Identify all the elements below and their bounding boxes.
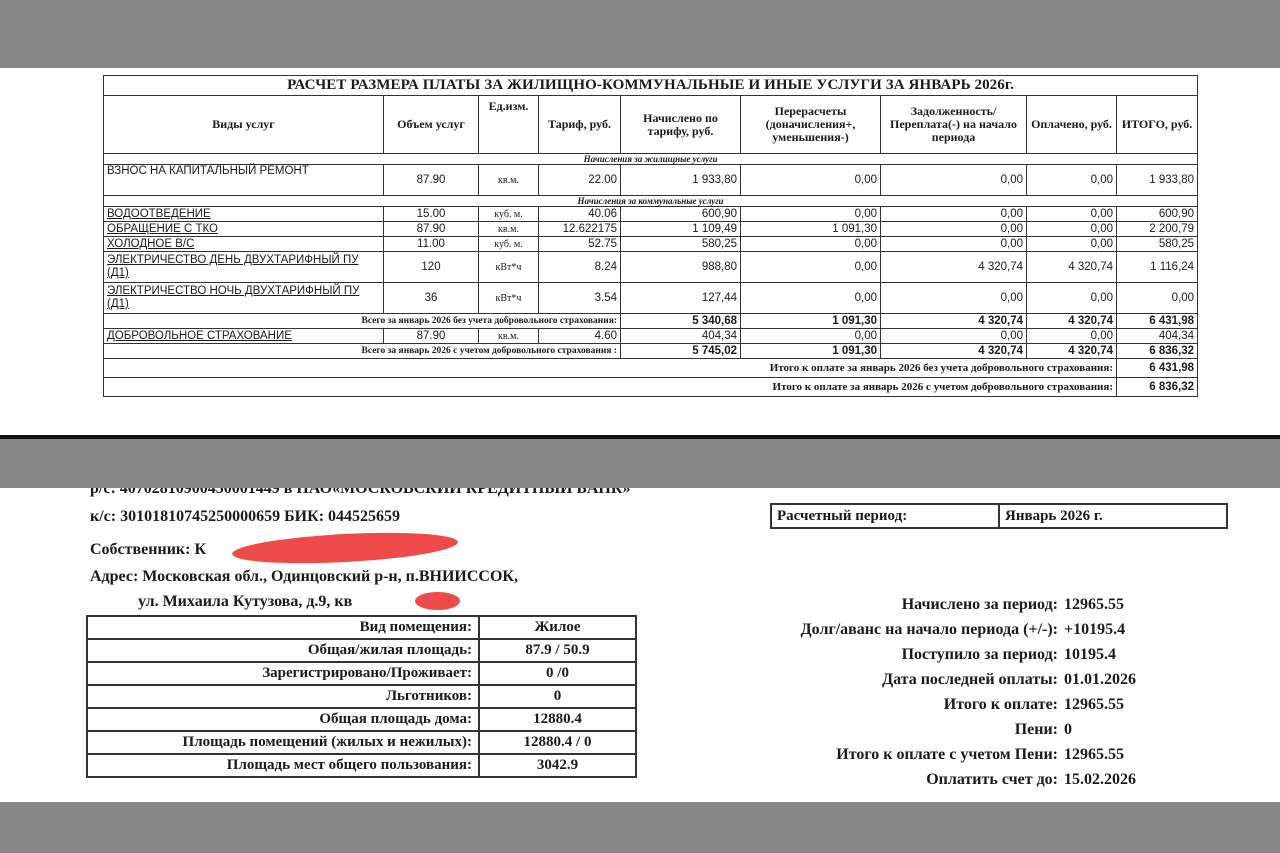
property-label: Площадь мест общего пользования:: [87, 754, 479, 777]
charged: 1 109,49: [621, 222, 741, 237]
total: 0,00: [1117, 283, 1198, 314]
total: 2 200,79: [1117, 222, 1198, 237]
header-row: Виды услуг Объем услуг Ед.изм. Тариф, ру…: [104, 96, 1198, 154]
property-label: Общая площадь дома:: [87, 708, 479, 731]
debt: 0,00: [881, 283, 1027, 314]
col-debt: Задолженность/ Переплата(-) на начало пе…: [881, 96, 1027, 154]
owner-line: Собственник: К: [90, 541, 206, 559]
summary-row: Итого к оплате с учетом Пени:12965.55: [740, 742, 1180, 767]
property-info-table: Вид помещения:Жилое Общая/жилая площадь:…: [86, 615, 637, 778]
total: 1 116,24: [1117, 252, 1198, 283]
summary-value: 12965.55: [1064, 746, 1124, 764]
table-row: ОБРАЩЕНИЕ С ТКО 87.90 кв.м. 12.622175 1 …: [104, 222, 1198, 237]
total: 6 836,32: [1117, 344, 1198, 359]
grand-total-value: 6 431,98: [1117, 359, 1198, 378]
col-unit: Ед.изм.: [479, 96, 539, 154]
summary-row: Долг/аванс на начало периода (+/-):+1019…: [740, 617, 1180, 642]
top-gray-band: [0, 0, 1280, 68]
unit: кВт*ч: [479, 283, 539, 314]
unit: куб. м.: [479, 207, 539, 222]
volume: 36: [384, 283, 479, 314]
property-label: Площадь помещений (жилых и нежилых):: [87, 731, 479, 754]
table-row: ХОЛОДНОЕ В/С 11.00 куб. м. 52.75 580,25 …: [104, 237, 1198, 252]
debt: 0,00: [881, 329, 1027, 344]
summary-row: Начислено за период:12965.55: [740, 592, 1180, 617]
col-recalc: Перерасчеты (доначисления+, уменьшения-): [741, 96, 881, 154]
grand-total-value: 6 836,32: [1117, 378, 1198, 397]
summary-label: Дата последней оплаты:: [740, 671, 1064, 689]
service-name: ЭЛЕКТРИЧЕСТВО ДЕНЬ ДВУХТАРИФНЫЙ ПУ (Д1): [104, 252, 384, 283]
paid: 0,00: [1027, 237, 1117, 252]
summary-value: 12965.55: [1064, 696, 1124, 714]
unit: кв.м.: [479, 165, 539, 196]
bank-corr-line: к/с: 30101810745250000659 БИК: 044525659: [90, 508, 400, 526]
summary-value: 10195.4: [1064, 646, 1116, 664]
charged: 600,90: [621, 207, 741, 222]
total: 1 933,80: [1117, 165, 1198, 196]
section-utilities: Начисления за коммунальные услуги: [104, 196, 1198, 207]
grand-total-without-row: Итого к оплате за январь 2026 без учета …: [104, 359, 1198, 378]
service-name: ЭЛЕКТРИЧЕСТВО НОЧЬ ДВУХТАРИФНЫЙ ПУ (Д1): [104, 283, 384, 314]
debt: 0,00: [881, 222, 1027, 237]
paid: 0,00: [1027, 283, 1117, 314]
debt: 4 320,74: [881, 252, 1027, 283]
service-name: ДОБРОВОЛЬНОЕ СТРАХОВАНИЕ: [104, 329, 384, 344]
property-value: Жилое: [479, 616, 636, 639]
tariff: 52.75: [539, 237, 621, 252]
tariff: 12.622175: [539, 222, 621, 237]
volume: 15.00: [384, 207, 479, 222]
property-label: Общая/жилая площадь:: [87, 639, 479, 662]
summary-label: Долг/аванс на начало периода (+/-):: [740, 621, 1064, 639]
col-paid: Оплачено, руб.: [1027, 96, 1117, 154]
summary-row: Итого к оплате:12965.55: [740, 692, 1180, 717]
recalc: 0,00: [741, 283, 881, 314]
col-charged: Начислено по тарифу, руб.: [621, 96, 741, 154]
col-total: ИТОГО, руб.: [1117, 96, 1198, 154]
property-value: 12880.4: [479, 708, 636, 731]
property-value: 12880.4 / 0: [479, 731, 636, 754]
payment-summary: Начислено за период:12965.55 Долг/аванс …: [740, 592, 1180, 792]
charged: 5 340,68: [621, 314, 741, 329]
total: 6 431,98: [1117, 314, 1198, 329]
table-row: ВОДООТВЕДЕНИЕ 15.00 куб. м. 40.06 600,90…: [104, 207, 1198, 222]
summary-row: Дата последней оплаты:01.01.2026: [740, 667, 1180, 692]
tariff: 22.00: [539, 165, 621, 196]
debt: 0,00: [881, 237, 1027, 252]
total: 580,25: [1117, 237, 1198, 252]
col-volume: Объем услуг: [384, 96, 479, 154]
paid: 0,00: [1027, 207, 1117, 222]
summary-row: Пени:0: [740, 717, 1180, 742]
recalc: 0,00: [741, 207, 881, 222]
summary-value: 01.01.2026: [1064, 671, 1136, 689]
section-housing: Начисления за жилищные услуги: [104, 154, 1198, 165]
unit: кв.м.: [479, 329, 539, 344]
recalc: 0,00: [741, 165, 881, 196]
table-row: ВЗНОС НА КАПИТАЛЬНЫЙ РЕМОНТ 87.90 кв.м. …: [104, 165, 1198, 196]
recalc: 1 091,30: [741, 222, 881, 237]
address-line-2: ул. Михаила Кутузова, д.9, кв: [138, 593, 352, 611]
subtotal-with-insurance-row: Всего за январь 2026 с учетом добровольн…: [104, 344, 1198, 359]
paid: 4 320,74: [1027, 314, 1117, 329]
service-name: ХОЛОДНОЕ В/С: [104, 237, 384, 252]
recalc: 0,00: [741, 237, 881, 252]
summary-value: 0: [1064, 721, 1072, 739]
property-label: Вид помещения:: [87, 616, 479, 639]
paid: 0,00: [1027, 222, 1117, 237]
paid: 0,00: [1027, 329, 1117, 344]
recalc: 0,00: [741, 252, 881, 283]
property-value: 0 /0: [479, 662, 636, 685]
tariff: 40.06: [539, 207, 621, 222]
summary-value: 15.02.2026: [1064, 771, 1136, 789]
charges-table: РАСЧЕТ РАЗМЕРА ПЛАТЫ ЗА ЖИЛИЩНО-КОММУНАЛ…: [103, 75, 1198, 397]
redaction-mark: [231, 528, 458, 568]
debt: 4 320,74: [881, 314, 1027, 329]
period-value: Январь 2026 г.: [999, 504, 1227, 528]
unit: куб. м.: [479, 237, 539, 252]
tariff: 4.60: [539, 329, 621, 344]
table-row: ЭЛЕКТРИЧЕСТВО ДЕНЬ ДВУХТАРИФНЫЙ ПУ (Д1) …: [104, 252, 1198, 283]
service-name: ОБРАЩЕНИЕ С ТКО: [104, 222, 384, 237]
debt: 4 320,74: [881, 344, 1027, 359]
billing-period-box: Расчетный период: Январь 2026 г.: [770, 503, 1228, 529]
unit: кВт*ч: [479, 252, 539, 283]
debt: 0,00: [881, 165, 1027, 196]
volume: 87.90: [384, 329, 479, 344]
service-name: ВОДООТВЕДЕНИЕ: [104, 207, 384, 222]
paid: 4 320,74: [1027, 344, 1117, 359]
summary-label: Итого к оплате с учетом Пени:: [740, 746, 1064, 764]
property-value: 3042.9: [479, 754, 636, 777]
unit: кв.м.: [479, 222, 539, 237]
middle-gray-band-overlay: [0, 435, 1280, 488]
subtotal-label: Всего за январь 2026 без учета доброволь…: [104, 314, 621, 329]
grand-total-with-row: Итого к оплате за январь 2026 с учетом д…: [104, 378, 1198, 397]
charged: 5 745,02: [621, 344, 741, 359]
address-line-1: Адрес: Московская обл., Одинцовский р-н,…: [90, 568, 518, 586]
summary-label: Итого к оплате:: [740, 696, 1064, 714]
volume: 87.90: [384, 222, 479, 237]
volume: 87.90: [384, 165, 479, 196]
tariff: 8.24: [539, 252, 621, 283]
summary-row: Оплатить счет до:15.02.2026: [740, 767, 1180, 792]
redaction-mark: [415, 592, 460, 610]
summary-label: Начислено за период:: [740, 596, 1064, 614]
summary-label: Поступило за период:: [740, 646, 1064, 664]
volume: 11.00: [384, 237, 479, 252]
volume: 120: [384, 252, 479, 283]
paid: 0,00: [1027, 165, 1117, 196]
paid: 4 320,74: [1027, 252, 1117, 283]
property-value: 0: [479, 685, 636, 708]
col-tariff: Тариф, руб.: [539, 96, 621, 154]
summary-value: 12965.55: [1064, 596, 1124, 614]
summary-label: Пени:: [740, 721, 1064, 739]
charged: 127,44: [621, 283, 741, 314]
bottom-gray-band: [0, 802, 1280, 853]
table-row: ЭЛЕКТРИЧЕСТВО НОЧЬ ДВУХТАРИФНЫЙ ПУ (Д1) …: [104, 283, 1198, 314]
grand-total-label: Итого к оплате за январь 2026 с учетом д…: [104, 378, 1117, 397]
col-service: Виды услуг: [104, 96, 384, 154]
period-label: Расчетный период:: [771, 504, 999, 528]
property-value: 87.9 / 50.9: [479, 639, 636, 662]
summary-value: +10195.4: [1064, 621, 1125, 639]
tariff: 3.54: [539, 283, 621, 314]
charged: 580,25: [621, 237, 741, 252]
charged: 1 933,80: [621, 165, 741, 196]
property-label: Зарегистрировано/Проживает:: [87, 662, 479, 685]
service-name: ВЗНОС НА КАПИТАЛЬНЫЙ РЕМОНТ: [104, 165, 384, 196]
insurance-row: ДОБРОВОЛЬНОЕ СТРАХОВАНИЕ 87.90 кв.м. 4.6…: [104, 329, 1198, 344]
recalc: 1 091,30: [741, 314, 881, 329]
summary-label: Оплатить счет до:: [740, 771, 1064, 789]
property-label: Льготников:: [87, 685, 479, 708]
summary-row: Поступило за период:10195.4: [740, 642, 1180, 667]
charged: 404,34: [621, 329, 741, 344]
grand-total-label: Итого к оплате за январь 2026 без учета …: [104, 359, 1117, 378]
total: 404,34: [1117, 329, 1198, 344]
total: 600,90: [1117, 207, 1198, 222]
subtotal-without-insurance-row: Всего за январь 2026 без учета доброволь…: [104, 314, 1198, 329]
debt: 0,00: [881, 207, 1027, 222]
recalc: 0,00: [741, 329, 881, 344]
subtotal-label: Всего за январь 2026 с учетом добровольн…: [104, 344, 621, 359]
charged: 988,80: [621, 252, 741, 283]
recalc: 1 091,30: [741, 344, 881, 359]
bill-title: РАСЧЕТ РАЗМЕРА ПЛАТЫ ЗА ЖИЛИЩНО-КОММУНАЛ…: [104, 76, 1198, 96]
